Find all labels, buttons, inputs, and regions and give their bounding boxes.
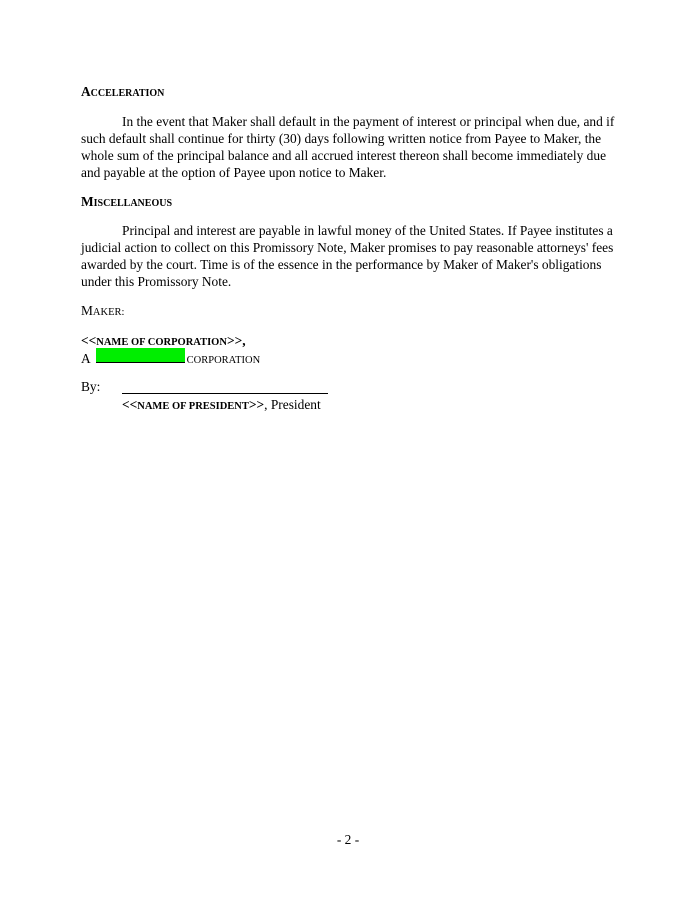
president-name: <<NAME OF PRESIDENT>>, President — [122, 397, 321, 413]
maker-label: MAKER: — [81, 303, 124, 319]
corp-article: A — [81, 351, 91, 367]
heading-rest: ISCELLANEOUS — [94, 198, 172, 209]
heading-rest: CCELERATION — [91, 88, 165, 99]
paragraph-miscellaneous: Principal and interest are payable in la… — [81, 222, 616, 290]
heading-cap: M — [81, 194, 94, 209]
corp-type: CORPORATION — [187, 355, 261, 366]
by-label: By: — [81, 379, 100, 395]
heading-acceleration: ACCELERATION — [81, 84, 164, 100]
president-name-text: NAME OF PRESIDENT — [137, 401, 249, 412]
paragraph-acceleration: In the event that Maker shall default in… — [81, 113, 616, 181]
bracket-close: >> — [249, 397, 264, 412]
maker-cap: M — [81, 303, 93, 318]
heading-miscellaneous: MISCELLANEOUS — [81, 194, 172, 210]
bracket-open: << — [81, 333, 96, 348]
corporation-type-line: A CORPORATION — [81, 348, 260, 367]
page-number: - 2 - — [0, 832, 696, 848]
state-fill-field[interactable] — [96, 348, 185, 363]
heading-cap: A — [81, 84, 91, 99]
corporation-name: <<NAME OF CORPORATION>>, — [81, 333, 246, 349]
signature-line[interactable] — [122, 379, 328, 394]
maker-rest: AKER: — [93, 307, 125, 318]
corp-name-text: NAME OF CORPORATION — [96, 337, 227, 348]
bracket-close: >>, — [227, 333, 246, 348]
president-title: , President — [264, 397, 321, 412]
bracket-open: << — [122, 397, 137, 412]
